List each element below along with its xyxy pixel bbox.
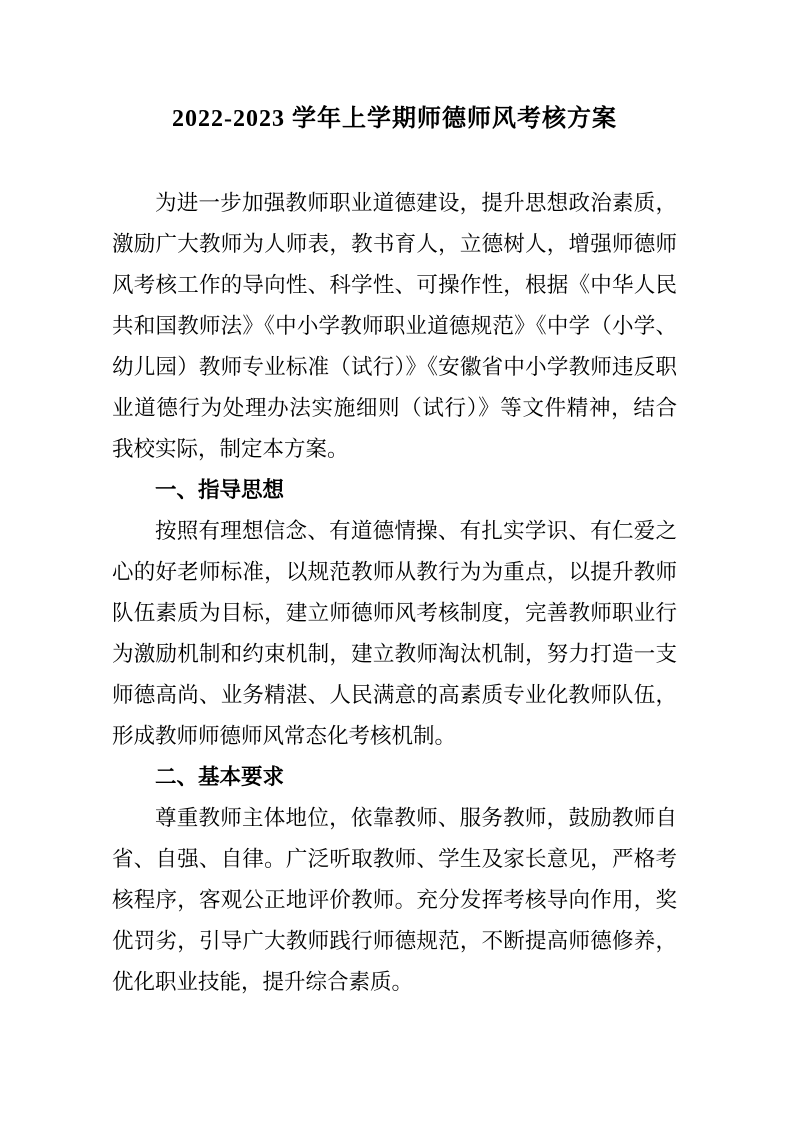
- document-title: 2022-2023 学年上学期师德师风考核方案: [112, 95, 677, 143]
- section-heading-basic-requirements: 二、基本要求: [112, 757, 677, 798]
- intro-paragraph: 为进一步加强教师职业道德建设，提升思想政治素质，激励广大教师为人师表，教书育人，…: [112, 183, 677, 470]
- document-page: 2022-2023 学年上学期师德师风考核方案 为进一步加强教师职业道德建设，提…: [0, 0, 793, 1122]
- guiding-ideology-paragraph: 按照有理想信念、有道德情操、有扎实学识、有仁爱之心的好老师标准，以规范教师从教行…: [112, 511, 677, 757]
- section-heading-guiding-ideology: 一、指导思想: [112, 470, 677, 511]
- basic-requirements-paragraph: 尊重教师主体地位，依靠教师、服务教师，鼓励教师自省、自强、自律。广泛听取教师、学…: [112, 798, 677, 1003]
